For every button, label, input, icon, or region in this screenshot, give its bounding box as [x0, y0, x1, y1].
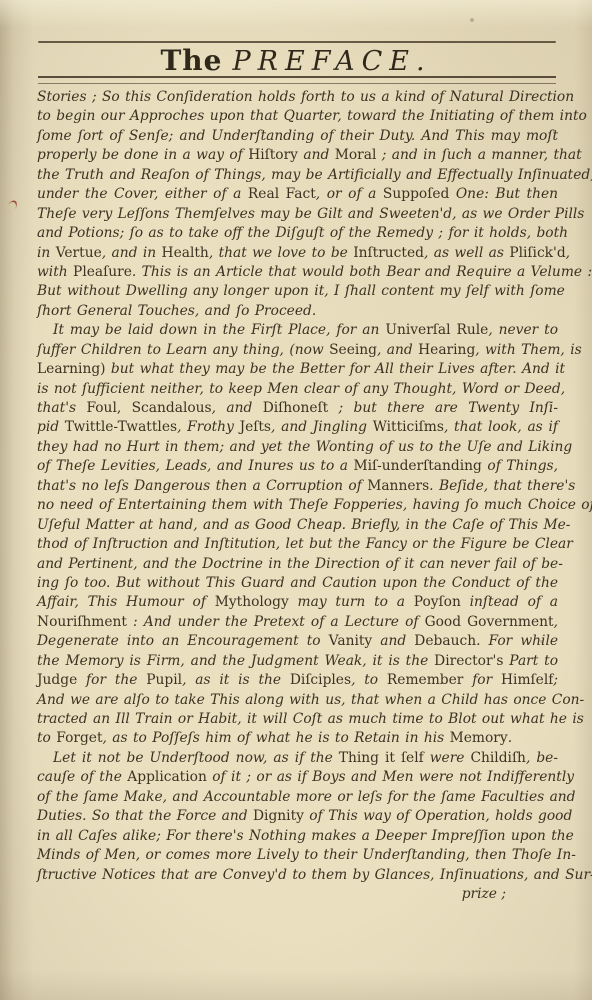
text-segment: to begin our Approches upon that Quarter… [37, 108, 587, 124]
text-segment: , or of a [316, 186, 383, 202]
text-segment: Health [162, 245, 209, 261]
text-segment: ; but there are Twenty Inſi- [328, 400, 558, 416]
text-segment: that's no leſs Dangerous then a Corrupti… [37, 478, 367, 494]
text-segment: But without Dwelling any longer upon it,… [37, 283, 565, 299]
text-line: they had no Hurt in them; and yet the Wo… [37, 438, 558, 457]
text-segment: were [424, 750, 471, 766]
text-line: Degenerate into an Encouragement to Vani… [37, 632, 558, 651]
page-title: ThePREFACE. [0, 44, 592, 77]
text-segment: the Memory is Firm, and the Judgment Wea… [37, 653, 434, 669]
text-line: under the Cover, either of a Real Fact, … [37, 185, 558, 204]
text-line: ſuffer Children to Learn any thing, (now… [37, 341, 558, 360]
text-segment: with [37, 264, 73, 280]
text-segment: inſtead of a [461, 594, 558, 610]
text-segment: Pleaſure [73, 264, 132, 280]
text-segment: One: But then [449, 186, 558, 202]
text-line: is not ſufficient neither, to keep Men c… [37, 380, 558, 399]
text-segment: Affair, This Humour of [37, 594, 215, 610]
text-segment: Minds of Men, or comes more Lively to th… [37, 847, 576, 863]
text-segment: . [508, 730, 512, 746]
text-segment: Inſtructed [353, 245, 424, 261]
text-segment: thod of Inſtruction and Inſtitution, let… [37, 536, 573, 552]
text-segment: Himſelf [501, 672, 553, 688]
text-segment: Let it not be Underſtood now, as if the [53, 750, 339, 766]
text-segment: Manners [367, 478, 429, 494]
text-segment: Thing it ſelf [339, 750, 424, 766]
text-segment: Uſeful Matter at hand, and as Good Cheap… [37, 517, 570, 533]
book-page: ThePREFACE. Stories ; So this Conſiderat… [0, 0, 592, 1000]
text-line: ſome ſort of Senſe; and Underſtanding of… [37, 127, 558, 146]
text-segment: Diſciples [290, 672, 351, 688]
text-line: of the ſame Make, and Accountable more o… [37, 788, 558, 807]
text-segment: cauſe of the [37, 769, 127, 785]
header-rule-bottom [38, 76, 556, 84]
text-segment: Suppoſed [383, 186, 449, 202]
text-line: no need of Entertaining them with Theſe … [37, 496, 558, 515]
text-segment: , as it is the [182, 672, 290, 688]
text-segment: the Truth and Reaſon of Things, may be A… [37, 167, 592, 183]
text-line: with Pleaſure. This is an Article that w… [37, 263, 558, 282]
text-segment: under the Cover, either of a [37, 186, 248, 202]
text-segment: And we are alſo to take This along with … [37, 692, 584, 708]
text-segment: and Potions; ſo as to take off the Diſgu… [37, 225, 568, 241]
text-segment: Foul, Scandalous [86, 400, 211, 416]
text-segment: , and [212, 400, 263, 416]
text-segment: , [566, 245, 570, 261]
text-segment: Seeing [329, 342, 377, 358]
text-segment: pid [37, 419, 65, 435]
text-segment: Poyſon [414, 594, 461, 610]
text-segment: , and Jingling [271, 419, 373, 435]
text-segment: Pliſick'd [509, 245, 565, 261]
text-segment: Debauch [414, 633, 476, 649]
text-line: Minds of Men, or comes more Lively to th… [37, 846, 558, 865]
text-segment: for the [77, 672, 146, 688]
text-line: But without Dwelling any longer upon it,… [37, 282, 558, 301]
text-line: that's no leſs Dangerous then a Corrupti… [37, 477, 558, 496]
text-segment: of Things, [482, 458, 558, 474]
catchword: prize ; [37, 885, 558, 904]
text-segment: Hiſtory [248, 147, 298, 163]
text-segment: , that look, as if [444, 419, 558, 435]
text-segment: Hearing [418, 342, 475, 358]
text-line: thod of Inſtruction and Inſtitution, let… [37, 535, 558, 554]
text-segment: for [463, 672, 501, 688]
text-segment: Remember [387, 672, 463, 688]
text-segment: and Pertinent, and the Doctrine in the D… [37, 556, 563, 572]
text-segment: ing ſo too. But without This Guard and C… [37, 575, 558, 591]
text-line: ſtructive Notices that are Convey'd to t… [37, 866, 558, 885]
text-segment: they had no Hurt in them; and yet the Wo… [37, 439, 572, 455]
text-line: to Forget, as to Poſſeſs him of what he … [37, 729, 558, 748]
text-segment: tracted an Ill Train or Habit, it will C… [37, 711, 584, 727]
text-line: Let it not be Underſtood now, as if the … [37, 749, 558, 768]
text-segment: properly be done in a way of [37, 147, 248, 163]
text-segment: Real Fact [248, 186, 316, 202]
text-line: Uſeful Matter at hand, and as Good Cheap… [37, 516, 558, 535]
text-segment: . For while [476, 633, 558, 649]
text-segment: . This is an Article that would both Bea… [132, 264, 592, 280]
text-line: of Theſe Levities, Leads, and Inures us … [37, 457, 558, 476]
text-segment: , as to Poſſeſs him of what he is to Ret… [103, 730, 450, 746]
text-segment: and [372, 633, 414, 649]
text-segment: but what they may be the Better for All … [106, 361, 566, 377]
text-line: ing ſo too. But without This Guard and C… [37, 574, 558, 593]
text-line: And we are alſo to take This along with … [37, 691, 558, 710]
text-line: Theſe very Leſſons Themſelves may be Gil… [37, 205, 558, 224]
text-segment: Witticiſms [373, 419, 444, 435]
text-segment: Moral [335, 147, 377, 163]
text-segment: ; [553, 672, 558, 688]
text-segment: that's [37, 400, 86, 416]
text-line: and Pertinent, and the Doctrine in the D… [37, 555, 558, 574]
text-line: that's Foul, Scandalous, and Diſhoneſt ;… [37, 399, 558, 418]
text-segment: Good Government [425, 614, 554, 630]
text-line: Affair, This Humour of Mythology may tur… [37, 593, 558, 612]
text-segment: ſome ſort of Senſe; and Underſtanding of… [37, 128, 558, 144]
text-segment: of Theſe Levities, Leads, and Inures us … [37, 458, 353, 474]
text-segment: , and in [102, 245, 162, 261]
text-segment: of it ; or as if Boys and Men were not I… [207, 769, 574, 785]
text-segment: Forget [56, 730, 102, 746]
text-line: Judge for the Pupil, as it is the Diſcip… [37, 671, 558, 690]
text-line: cauſe of the Application of it ; or as i… [37, 768, 558, 787]
text-segment: Jeſts [240, 419, 271, 435]
text-segment: , to [351, 672, 387, 688]
text-segment: , [554, 614, 558, 630]
text-segment: may turn to a [289, 594, 414, 610]
text-segment: Childiſh [470, 750, 526, 766]
text-segment: ſhort General Touches, and ſo Proceed. [37, 303, 316, 319]
paragraphs-container: Stories ; So this Conſideration holds fo… [37, 88, 558, 885]
text-segment: . Beſide, that there's [429, 478, 575, 494]
title-word-the: The [160, 44, 222, 77]
text-segment: ; and in ſuch a manner, that [376, 147, 581, 163]
text-segment: in all Caſes alike; For there's Nothing … [37, 828, 574, 844]
text-segment: , be- [526, 750, 558, 766]
text-segment: ſtructive Notices that are Convey'd to t… [37, 867, 592, 883]
text-segment: Director's [434, 653, 503, 669]
text-segment: ſuffer Children to Learn any thing, (now [37, 342, 329, 358]
text-line: the Memory is Firm, and the Judgment Wea… [37, 652, 558, 671]
text-segment: Duties. So that the Force and [37, 808, 253, 824]
text-segment: in [37, 245, 56, 261]
text-line: to begin our Approches upon that Quarter… [37, 107, 558, 126]
text-line: the Truth and Reaſon of Things, may be A… [37, 166, 558, 185]
text-segment: Miſ-underſtanding [353, 458, 481, 474]
text-segment: Twittle-Twattles [65, 419, 177, 435]
text-segment: Univerſal Rule [385, 322, 488, 338]
title-word-preface: PREFACE. [232, 46, 431, 77]
text-segment: Judge [37, 672, 77, 688]
text-line: Learning) but what they may be the Bette… [37, 360, 558, 379]
text-segment: , with Them, is [475, 342, 581, 358]
text-segment: It may be laid down in the Firſt Place, … [53, 322, 385, 338]
paper-speck [470, 18, 474, 22]
text-line: ſhort General Touches, and ſo Proceed. [37, 302, 558, 321]
text-line: Duties. So that the Force and Dignity of… [37, 807, 558, 826]
header-rule-top [38, 41, 556, 43]
text-line: in Vertue, and in Health, that we love t… [37, 244, 558, 263]
text-segment: : And under the Pretext of a Lecture of [127, 614, 425, 630]
text-segment: Theſe very Leſſons Themſelves may be Gil… [37, 206, 584, 222]
text-segment: , never to [488, 322, 558, 338]
text-segment: Vanity [329, 633, 373, 649]
text-segment: no need of Entertaining them with Theſe … [37, 497, 592, 513]
text-segment: is not ſufficient neither, to keep Men c… [37, 381, 565, 397]
text-segment: Memory [450, 730, 508, 746]
text-segment: , as well as [424, 245, 509, 261]
text-line: pid Twittle-Twattles, Frothy Jeſts, and … [37, 418, 558, 437]
red-ink-mark [6, 198, 19, 212]
text-line: Stories ; So this Conſideration holds fo… [37, 88, 558, 107]
text-segment: Learning) [37, 361, 106, 377]
text-segment: Diſhoneſt [263, 400, 328, 416]
text-segment: Nouriſhment [37, 614, 127, 630]
text-segment: Degenerate into an Encouragement to [37, 633, 329, 649]
text-segment: Mythology [215, 594, 289, 610]
text-line: Nouriſhment : And under the Pretext of a… [37, 613, 558, 632]
text-segment: and [298, 147, 335, 163]
text-line: in all Caſes alike; For there's Nothing … [37, 827, 558, 846]
text-line: and Potions; ſo as to take off the Diſgu… [37, 224, 558, 243]
text-segment: of the ſame Make, and Accountable more o… [37, 789, 576, 805]
text-line: properly be done in a way of Hiſtory and… [37, 146, 558, 165]
text-segment: Stories ; So this Conſideration holds fo… [37, 89, 574, 105]
text-segment: to [37, 730, 56, 746]
text-segment: Vertue [56, 245, 102, 261]
text-segment: Pupil [146, 672, 182, 688]
page-text: Stories ; So this Conſideration holds fo… [37, 88, 558, 904]
text-segment: Dignity [253, 808, 304, 824]
text-line: tracted an Ill Train or Habit, it will C… [37, 710, 558, 729]
text-segment: , Frothy [177, 419, 240, 435]
text-segment: of This way of Operation, holds good [304, 808, 572, 824]
text-line: It may be laid down in the Firſt Place, … [37, 321, 558, 340]
text-segment: , and [377, 342, 418, 358]
text-segment: Application [127, 769, 207, 785]
text-segment: Part to [503, 653, 558, 669]
text-segment: , that we love to be [209, 245, 353, 261]
